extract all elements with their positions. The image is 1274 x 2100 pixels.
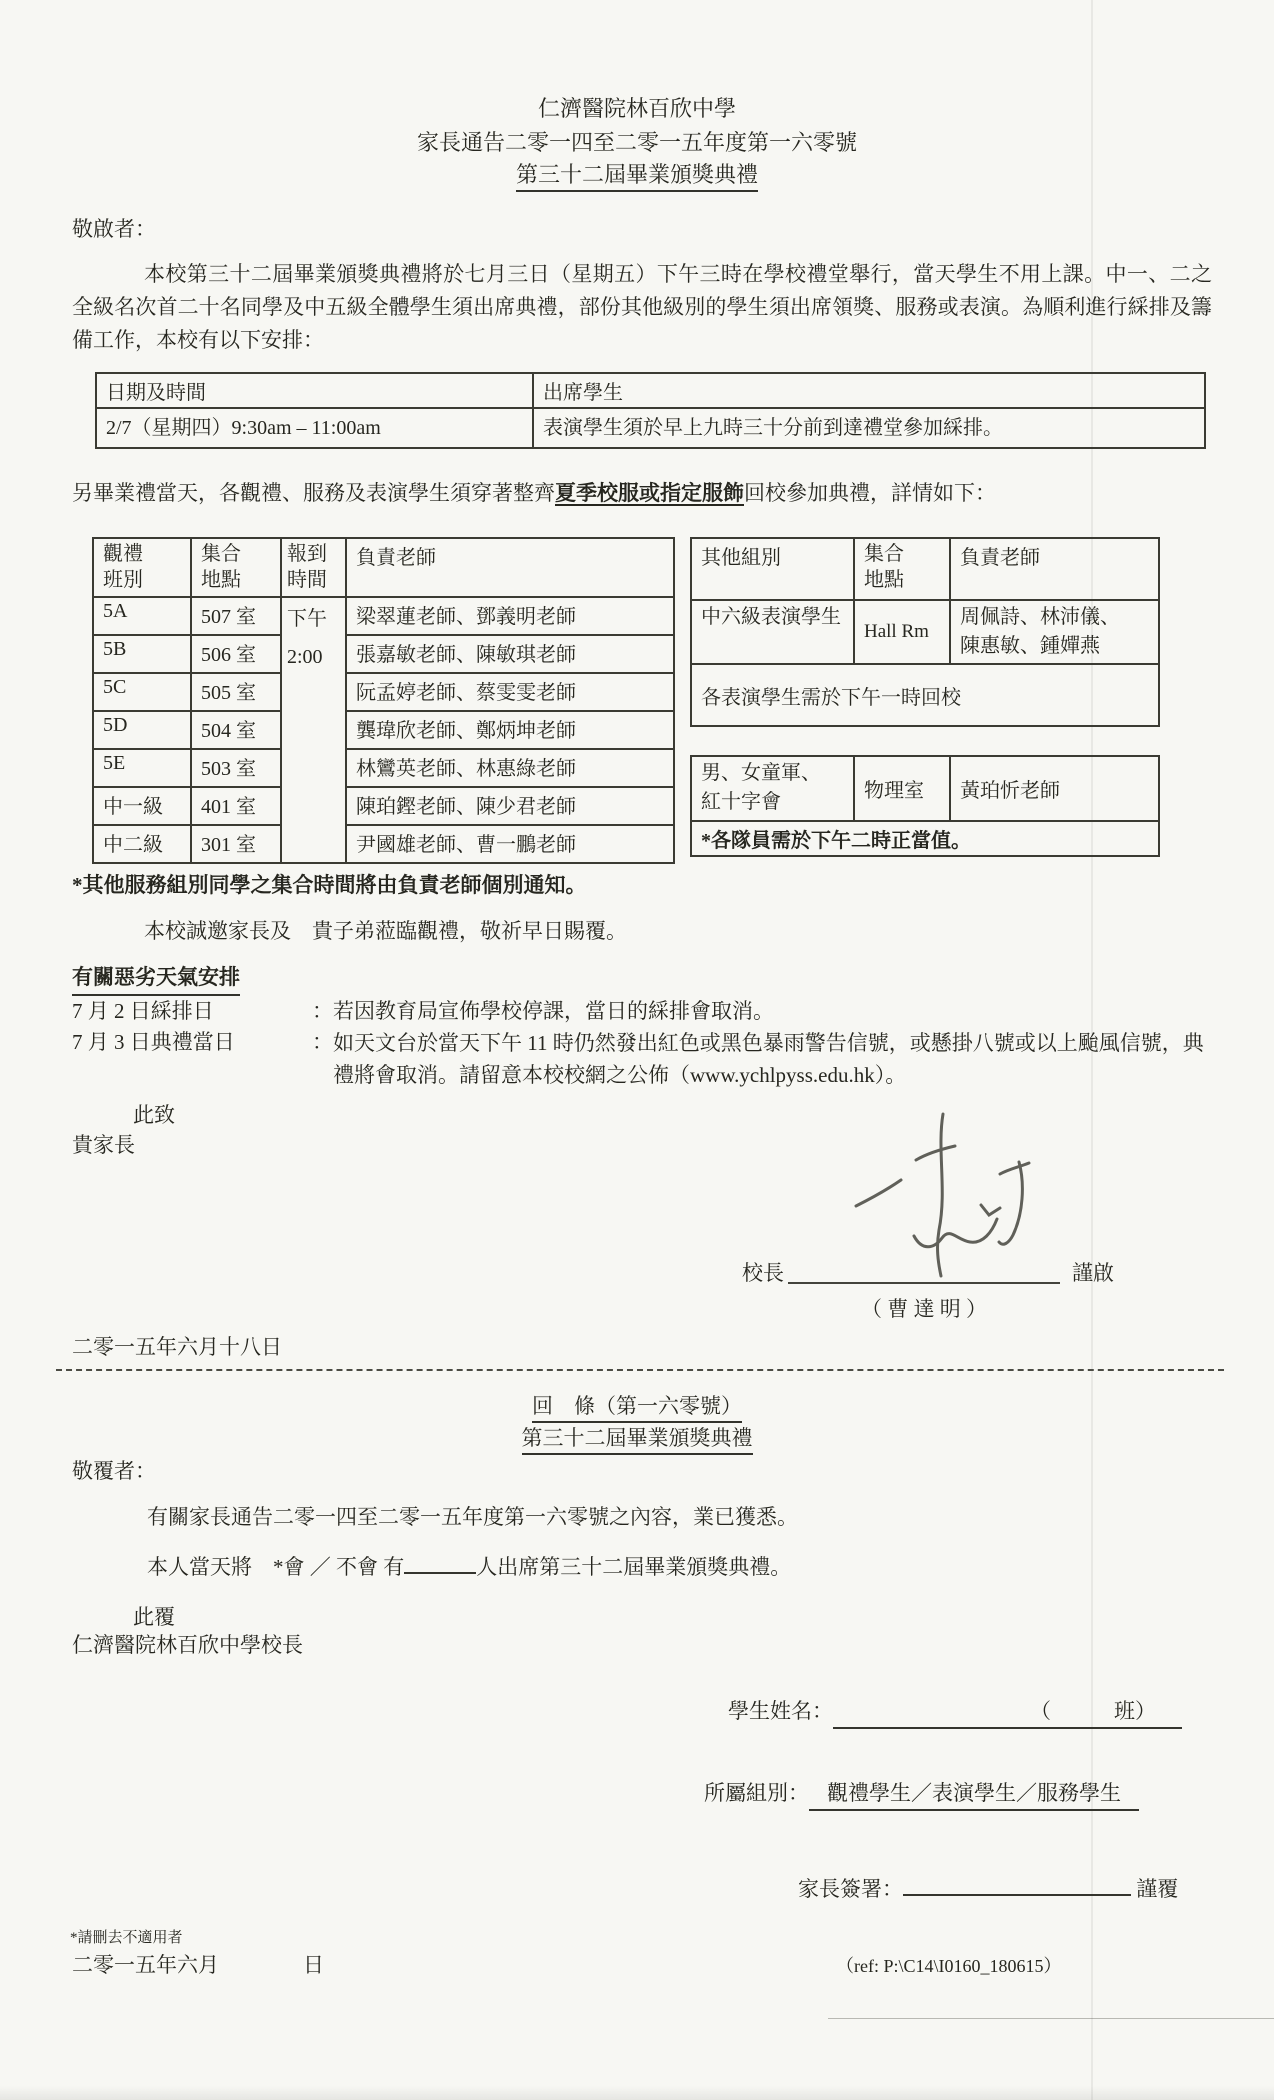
weather-label: 7 月 2 日綵排日: [72, 996, 312, 1027]
attendance-count-blank: [404, 1572, 476, 1574]
teachers-cell: 陳珀鏗老師、陳少君老師: [346, 787, 674, 825]
parent-signature-blank: [903, 1894, 1131, 1896]
scanned-notice-page: 仁濟醫院林百欣中學 家長通告二零一四至二零一五年度第一六零號 第三十二屆畢業頒獎…: [0, 0, 1274, 2100]
teachers-cell: 周佩詩、林沛儀、 陳惠敏、鍾嬋燕: [950, 600, 1159, 664]
group-cell: 中六級表演學生: [691, 600, 854, 664]
intro-paragraph: 本校第三十二屆畢業頒獎典禮將於七月三日（星期五）下午三時在學校禮堂舉行，當天學生…: [72, 258, 1212, 357]
others-note: 各表演學生需於下午一時回校: [691, 664, 1159, 726]
weather-text: 如天文台於當天下午 11 時仍然發出紅色或黑色暴雨警告信號，或懸掛八號或以上颱風…: [333, 1027, 1217, 1091]
attend-post: 人出席第三十二屆畢業頒獎典禮。: [476, 1555, 791, 1579]
closing-cizhi: 此致: [133, 1100, 175, 1131]
group-row: 所屬組別：觀禮學生／表演學生／服務學生: [704, 1778, 1139, 1811]
place-cell: Hall Rm: [854, 600, 950, 664]
reply-addressee: 仁濟醫院林百欣中學校長: [72, 1630, 303, 1661]
delete-inapplicable-footnote: *請刪去不適用者: [70, 1926, 183, 1947]
teachers-cell: 黃珀忻老師: [950, 756, 1159, 821]
table-row: 5A 507 室 下午 2:00 梁翠蓮老師、鄧義明老師: [93, 597, 674, 635]
weather-heading: 有關惡劣天氣安排: [72, 962, 240, 996]
rehearsal-header-date: 日期及時間: [96, 373, 533, 408]
weather-text: 若因教育局宣佈學校停課，當日的綵排會取消。: [333, 996, 1217, 1027]
room-cell: 301 室: [191, 825, 281, 863]
rehearsal-date-cell: 2/7（星期四）9:30am – 11:00am: [96, 408, 533, 448]
teachers-cell: 尹國雄老師、曹一鵬老師: [346, 825, 674, 863]
scouts-table: 男、女童軍、 紅十字會 物理室 黃珀忻老師 *各隊員需於下午二時正當值。: [690, 755, 1160, 857]
table-row: 中二級 301 室 尹國雄老師、曹一鵬老師: [93, 825, 674, 863]
others-note-row: 各表演學生需於下午一時回校: [691, 664, 1159, 726]
table-row: 5D 504 室 龔瑋欣老師、鄭炳坤老師: [93, 711, 674, 749]
group-label: 所屬組別：: [704, 1781, 809, 1805]
principal-signature: [822, 1108, 1072, 1280]
reply-acknowledgement: 有關家長通告二零一四至二零一五年度第一六零號之內容，業已獲悉。: [147, 1502, 798, 1533]
other-groups-note: *其他服務組別同學之集合時間將由負責老師個別通知。: [72, 870, 587, 901]
reply-cifu: 此覆: [133, 1602, 175, 1633]
rehearsal-table: 日期及時間 出席學生 2/7（星期四）9:30am – 11:00am 表演學生…: [95, 372, 1206, 449]
teachers-cell: 阮孟婷老師、蔡雯雯老師: [346, 673, 674, 711]
scouts-note: *各隊員需於下午二時正當值。: [691, 821, 1159, 856]
grade-cell: 中二級: [93, 825, 191, 863]
place-cell: 物理室: [854, 756, 950, 821]
ceremony-header-place: 集合 地點: [191, 538, 281, 597]
reply-attendance-line: 本人當天將 *會 ／ 不會 有人出席第三十二屆畢業頒獎典禮。: [147, 1552, 791, 1583]
student-name-label: 學生姓名：: [728, 1699, 833, 1723]
rehearsal-header-row: 日期及時間 出席學生: [96, 373, 1205, 408]
weather-label: 7 月 3 日典禮當日: [72, 1027, 312, 1058]
ceremony-header-row: 觀禮 班別 集合 地點 報到 時間 負責老師: [93, 538, 674, 597]
weather-colon: ：: [312, 1027, 333, 1058]
notice-title-text: 第三十二屆畢業頒獎典禮: [516, 158, 758, 192]
room-cell: 507 室: [191, 597, 281, 635]
ceremony-table: 觀禮 班別 集合 地點 報到 時間 負責老師 5A 507 室 下午 2:00 …: [92, 537, 675, 864]
room-cell: 504 室: [191, 711, 281, 749]
table-row: 5B 506 室 張嘉敏老師、陳敏琪老師: [93, 635, 674, 673]
closing-recipient: 貴家長: [72, 1130, 135, 1161]
weather-heading-text: 有關惡劣天氣安排: [72, 962, 240, 996]
room-cell: 505 室: [191, 673, 281, 711]
reply-date-line: 二零一五年六月 日: [72, 1950, 324, 1981]
grade-cell: 中一級: [93, 787, 191, 825]
principal-label: 校長: [742, 1258, 784, 1289]
teachers-cell: 龔瑋欣老師、鄭炳坤老師: [346, 711, 674, 749]
file-ref: （ref: P:\C14\I0160_180615）: [836, 1952, 1062, 1978]
notice-title: 第三十二屆畢業頒獎典禮: [0, 158, 1274, 192]
rehearsal-students-cell: 表演學生須於早上九時三十分前到達禮堂參加綵排。: [533, 408, 1205, 448]
weather-colon: ：: [312, 996, 333, 1027]
room-cell: 503 室: [191, 749, 281, 787]
principal-honorific: 謹啟: [1072, 1258, 1114, 1289]
scan-bottom-shadow: [0, 2086, 1274, 2100]
others-table: 其他組別 集合 地點 負責老師 中六級表演學生 Hall Rm 周佩詩、林沛儀、…: [690, 537, 1160, 727]
scouts-note-row: *各隊員需於下午二時正當值。: [691, 821, 1159, 856]
letter-date: 二零一五年六月十八日: [72, 1332, 282, 1363]
student-name-row: 學生姓名：（ 班）: [728, 1696, 1182, 1729]
rehearsal-header-students: 出席學生: [533, 373, 1205, 408]
others-header-group: 其他組別: [691, 538, 854, 600]
rehearsal-data-row: 2/7（星期四）9:30am – 11:00am 表演學生須於早上九時三十分前到…: [96, 408, 1205, 448]
grade-cell: 5A: [93, 597, 191, 635]
grade-cell: 5C: [93, 673, 191, 711]
room-cell: 401 室: [191, 787, 281, 825]
grade-cell: 5B: [93, 635, 191, 673]
weather-item-ceremony: 7 月 3 日典禮當日：如天文台於當天下午 11 時仍然發出紅色或黑色暴雨警告信…: [72, 1027, 1222, 1091]
ceremony-header-time: 報到 時間: [281, 538, 346, 597]
ceremony-header-class: 觀禮 班別: [93, 538, 191, 597]
table-row: 中一級 401 室 陳珀鏗老師、陳少君老師: [93, 787, 674, 825]
cut-dashed-line: [56, 1369, 1224, 1371]
reply-subheading-text: 第三十二屆畢業頒獎典禮: [522, 1422, 753, 1455]
dress-code-line: 另畢業禮當天，各觀禮、服務及表演學生須穿著整齊夏季校服或指定服飾回校參加典禮，詳…: [72, 478, 1232, 509]
grade-cell: 5D: [93, 711, 191, 749]
scan-artifact-line: [828, 2018, 1274, 2019]
invitation-line: 本校誠邀家長及 貴子弟蒞臨觀禮，敬祈早日賜覆。: [72, 916, 1212, 947]
principal-name: （ 曹 達 明 ）: [788, 1294, 1060, 1325]
attend-pre: 本人當天將 *會 ／ 不會 有: [147, 1555, 404, 1579]
room-cell: 506 室: [191, 635, 281, 673]
teachers-cell: 梁翠蓮老師、鄧義明老師: [346, 597, 674, 635]
reply-heading: 回 條（第一六零號）: [0, 1390, 1274, 1423]
group-cell: 男、女童軍、 紅十字會: [691, 756, 854, 821]
school-name: 仁濟醫院林百欣中學: [0, 92, 1274, 123]
dress-post: 回校參加典禮，詳情如下：: [744, 481, 996, 505]
grade-cell: 5E: [93, 749, 191, 787]
table-row: 中六級表演學生 Hall Rm 周佩詩、林沛儀、 陳惠敏、鍾嬋燕: [691, 600, 1159, 664]
parent-sign-label: 家長簽署：: [798, 1877, 903, 1901]
parent-signature-row: 家長簽署： 謹覆: [798, 1874, 1178, 1905]
notice-number-line: 家長通告二零一四至二零一五年度第一六零號: [0, 126, 1274, 157]
reply-heading-text: 回 條（第一六零號）: [532, 1390, 742, 1423]
ceremony-header-teachers: 負責老師: [346, 538, 674, 597]
student-name-blank: （ 班）: [833, 1696, 1182, 1729]
teachers-cell: 張嘉敏老師、陳敏琪老師: [346, 635, 674, 673]
reply-salutation: 敬覆者：: [72, 1456, 156, 1487]
reply-subheading: 第三十二屆畢業頒獎典禮: [0, 1422, 1274, 1455]
report-time-cell: 下午 2:00: [281, 597, 346, 863]
others-header-place: 集合 地點: [854, 538, 950, 600]
group-value: 觀禮學生／表演學生／服務學生: [809, 1778, 1139, 1811]
principal-signature-line: [788, 1282, 1060, 1284]
table-row: 5C 505 室 阮孟婷老師、蔡雯雯老師: [93, 673, 674, 711]
others-header-teachers: 負責老師: [950, 538, 1159, 600]
teachers-cell: 林鸞英老師、林惠綠老師: [346, 749, 674, 787]
table-row: 5E 503 室 林鸞英老師、林惠綠老師: [93, 749, 674, 787]
weather-item-rehearsal: 7 月 2 日綵排日：若因教育局宣佈學校停課，當日的綵排會取消。: [72, 996, 1222, 1027]
salutation: 敬啟者：: [72, 214, 156, 245]
table-row: 男、女童軍、 紅十字會 物理室 黃珀忻老師: [691, 756, 1159, 821]
dress-highlight: 夏季校服或指定服飾: [555, 481, 744, 505]
dress-pre: 另畢業禮當天，各觀禮、服務及表演學生須穿著整齊: [72, 481, 555, 505]
others-header-row: 其他組別 集合 地點 負責老師: [691, 538, 1159, 600]
parent-sign-honorific: 謹覆: [1136, 1877, 1178, 1901]
